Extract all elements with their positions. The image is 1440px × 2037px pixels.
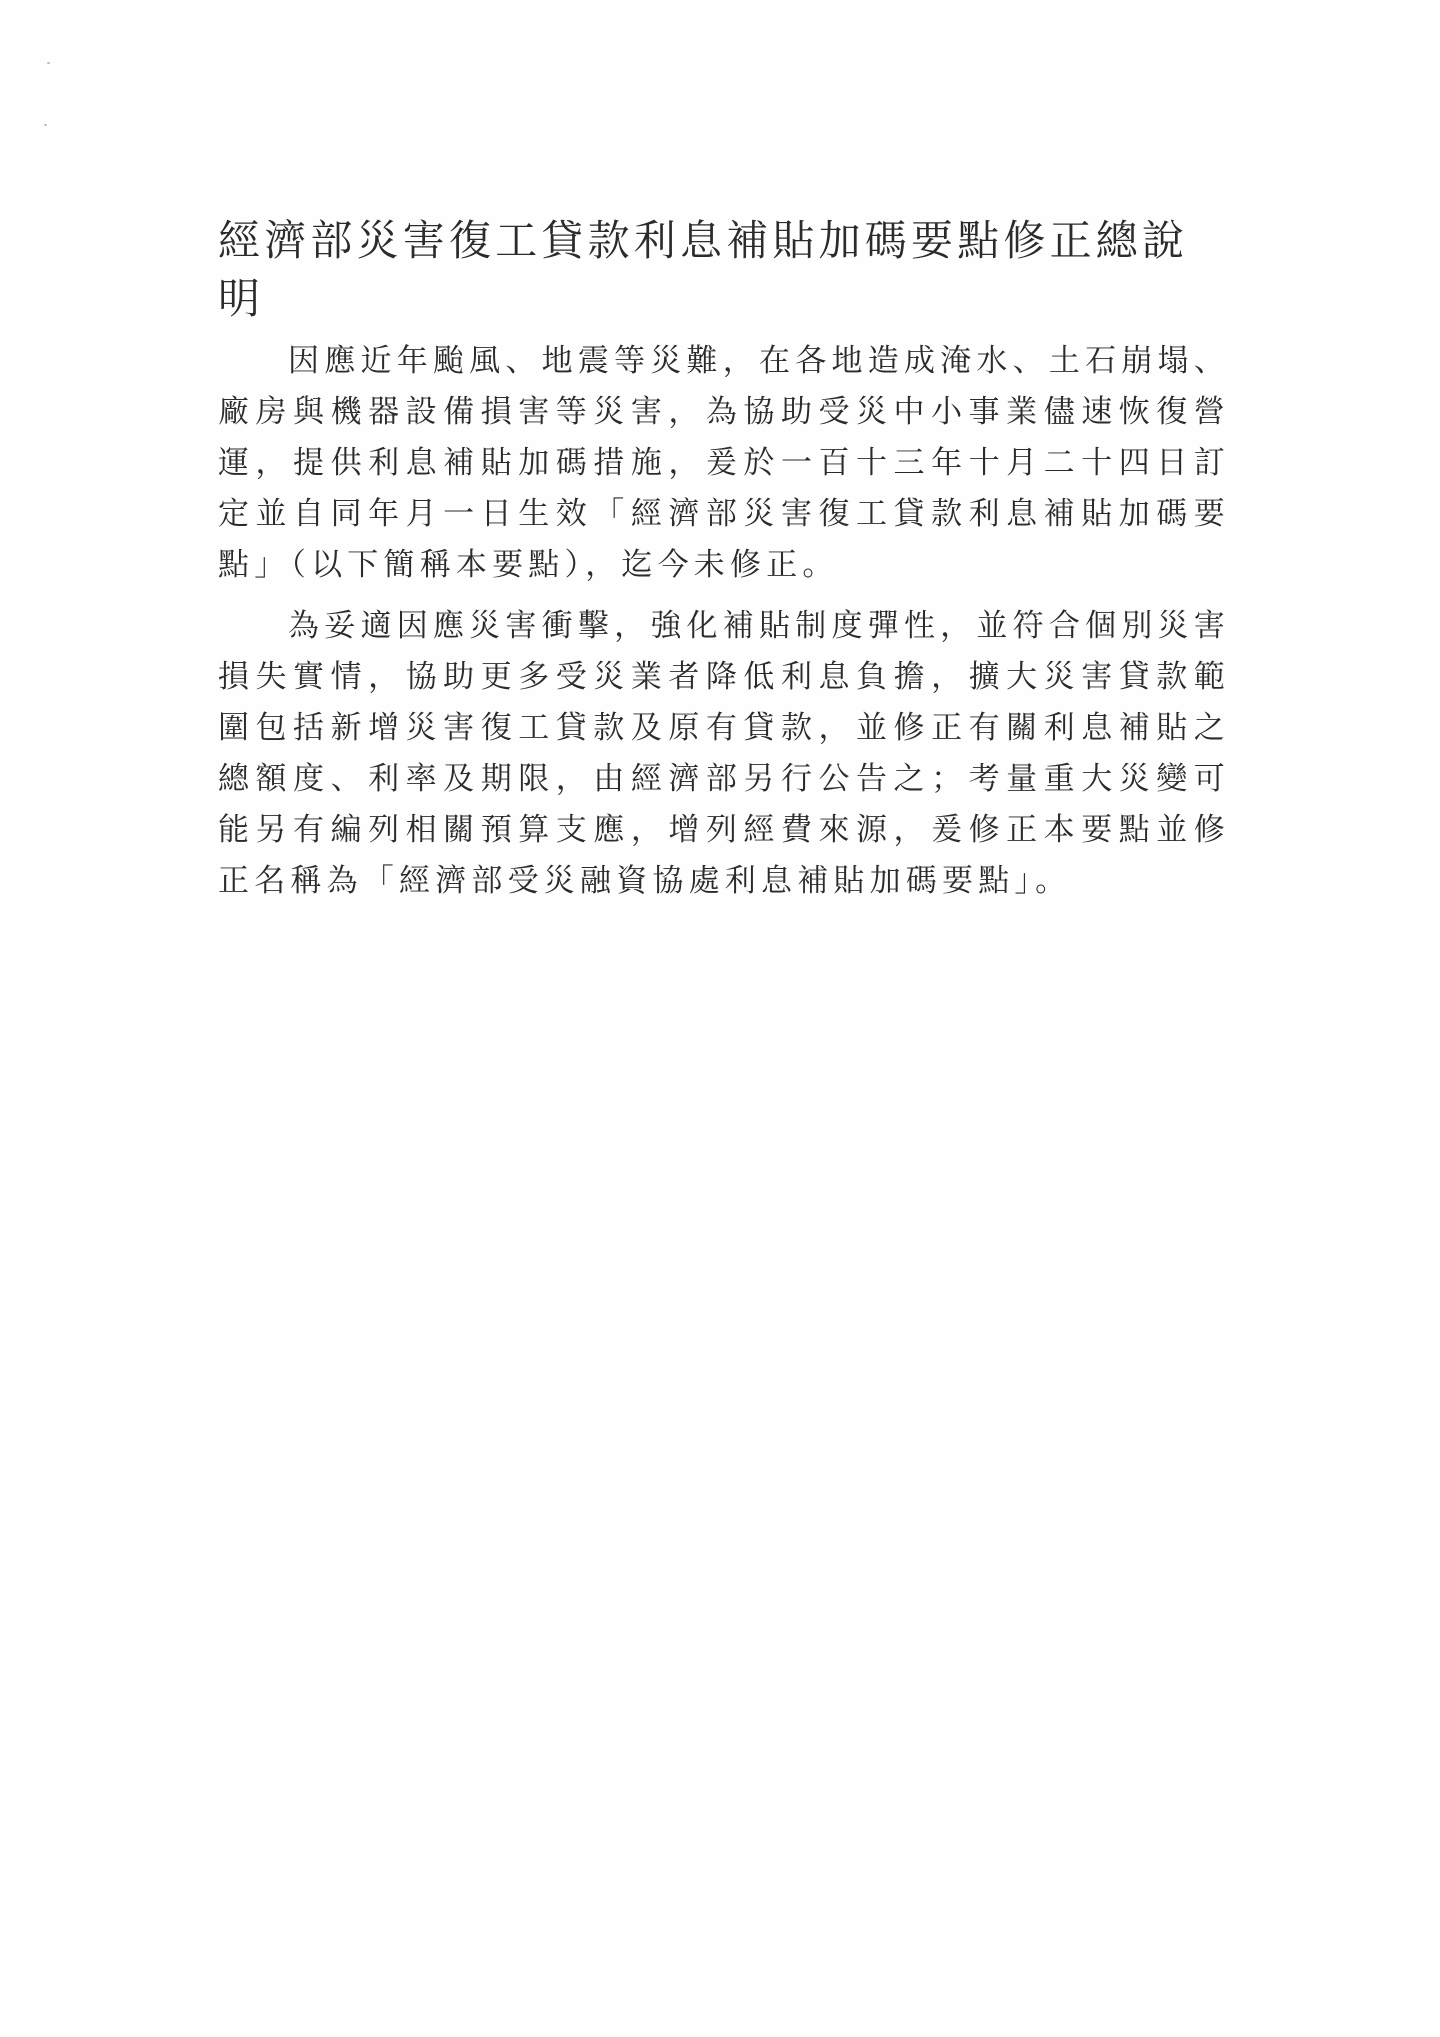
- document-title: 經濟部災害復工貸款利息補貼加碼要點修正總說明: [218, 212, 1228, 328]
- document-body: 因應近年颱風、地震等災難，在各地造成淹水、土石崩塌、廠房與機器設備損害等災害，為…: [218, 336, 1230, 917]
- paragraph-2: 為妥適因應災害衝擊，強化補貼制度彈性，並符合個別災害損失實情，協助更多受災業者降…: [218, 601, 1230, 907]
- scan-speck: [47, 62, 50, 64]
- scan-speck: [44, 124, 47, 126]
- paragraph-1: 因應近年颱風、地震等災難，在各地造成淹水、土石崩塌、廠房與機器設備損害等災害，為…: [218, 336, 1230, 591]
- scanned-page: 經濟部災害復工貸款利息補貼加碼要點修正總說明 因應近年颱風、地震等災難，在各地造…: [0, 0, 1440, 2037]
